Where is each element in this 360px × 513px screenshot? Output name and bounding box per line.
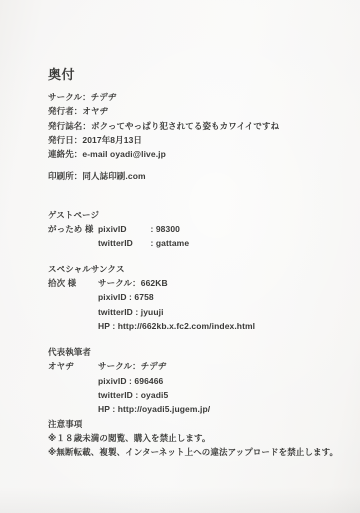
notes-heading: 注意事項 <box>48 417 342 431</box>
guest-twitter-separator: : <box>148 238 156 248</box>
special-thanks-circle-line: サークル：662KB <box>98 276 342 290</box>
guest-twitter-line: twitterID : gattame <box>98 236 342 250</box>
guest-pixiv-line: pixivID : 98300 <box>98 222 342 236</box>
circle-line: サークル：チデヂ <box>48 90 342 104</box>
special-thanks-section: スペシャルサンクス 拾次 様 サークル：662KB pixivID : 6758… <box>48 262 342 333</box>
printer-line: 印刷所：同人誌印刷.com <box>48 169 342 183</box>
guest-twitter-key: twitterID <box>98 236 148 250</box>
author-details: サークル：チデヂ pixivID : 696466 twitterID : oy… <box>98 359 342 416</box>
author-pixiv-line: pixivID : 696466 <box>98 374 342 388</box>
note-age-restriction: ※１８歳未満の閲覧、購入を禁止します。 <box>48 431 342 445</box>
author-circle-line: サークル：チデヂ <box>98 359 342 373</box>
author-row: オヤヂ サークル：チデヂ pixivID : 696466 twitterID … <box>48 359 342 416</box>
guest-details: pixivID : 98300 twitterID : gattame <box>98 222 342 251</box>
author-homepage-line: HP : http://oyadi5.jugem.jp/ <box>98 402 342 416</box>
guest-pixiv-separator: : <box>148 224 156 234</box>
guest-section: ゲストページ がっため 様 pixivID : 98300 twitterID … <box>48 208 342 251</box>
special-thanks-homepage-line: HP : http://662kb.x.fc2.com/index.html <box>98 319 342 333</box>
issue-date-line: 発行日：2017年8月13日 <box>48 133 342 147</box>
guest-twitter-value: gattame <box>156 238 189 248</box>
author-section: 代表執筆者 オヤヂ サークル：チデヂ pixivID : 696466 twit… <box>48 345 342 416</box>
special-thanks-details: サークル：662KB pixivID : 6758 twitterID : jy… <box>98 276 342 333</box>
guest-heading: ゲストページ <box>48 208 342 222</box>
contact-line: 連絡先：e-mail oyadi@live.jp <box>48 147 342 161</box>
notes-section: 注意事項 ※１８歳未満の閲覧、購入を禁止します。 ※無断転載、複製、インターネッ… <box>48 417 342 460</box>
special-thanks-name: 拾次 様 <box>48 276 98 290</box>
author-name: オヤヂ <box>48 359 98 373</box>
guest-name: がっため 様 <box>48 222 98 236</box>
special-thanks-heading: スペシャルサンクス <box>48 262 342 276</box>
colophon-page: 奥付 サークル：チデヂ 発行者：オヤヂ 発行誌名：ボクってやっぱり犯されてる姿も… <box>0 0 360 513</box>
publisher-line: 発行者：オヤヂ <box>48 104 342 118</box>
author-heading: 代表執筆者 <box>48 345 342 359</box>
book-title-line: 発行誌名：ボクってやっぱり犯されてる姿もカワイイですね <box>48 119 342 133</box>
guest-pixiv-value: 98300 <box>156 224 180 234</box>
special-thanks-twitter-line: twitterID : jyuuji <box>98 305 342 319</box>
guest-row: がっため 様 pixivID : 98300 twitterID : gatta… <box>48 222 342 251</box>
note-no-reproduction: ※無断転載、複製、インターネット上への違法アップロードを禁止します。 <box>48 445 342 459</box>
special-thanks-row: 拾次 様 サークル：662KB pixivID : 6758 twitterID… <box>48 276 342 333</box>
page-title: 奥付 <box>48 64 342 83</box>
publication-info: サークル：チデヂ 発行者：オヤヂ 発行誌名：ボクってやっぱり犯されてる姿もカワイ… <box>48 90 342 184</box>
author-twitter-line: twitterID : oyadi5 <box>98 388 342 402</box>
special-thanks-pixiv-line: pixivID : 6758 <box>98 290 342 304</box>
guest-pixiv-key: pixivID <box>98 222 148 236</box>
